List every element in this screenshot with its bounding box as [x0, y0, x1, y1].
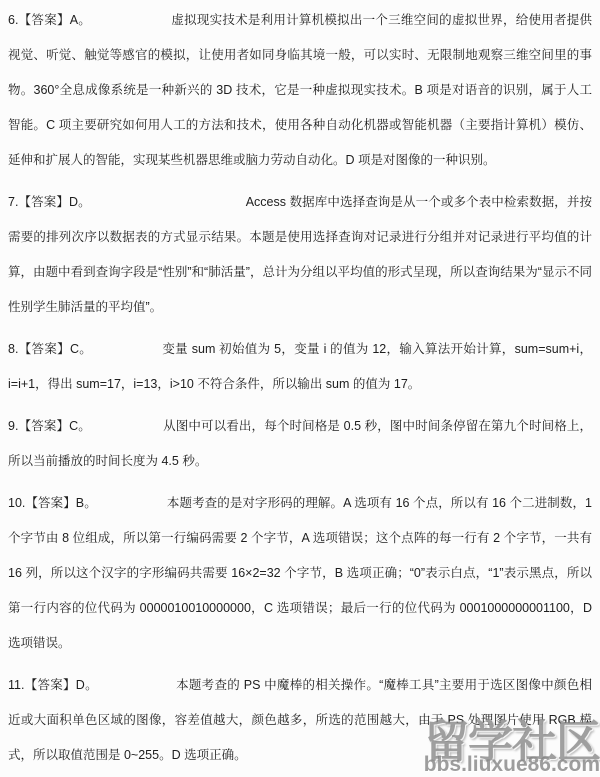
answer-label: 9.【答案】C。	[8, 419, 91, 433]
answer-label: 11.【答案】D。	[8, 678, 98, 692]
spacer	[98, 688, 176, 689]
answer-label: 6.【答案】A。	[8, 13, 91, 27]
spacer	[91, 23, 171, 24]
spacer	[92, 352, 162, 353]
answer-explanation: 变量 sum 初始值为 5，变量 i 的值为 12，输入算法开始计算，sum=s…	[8, 342, 592, 391]
answer-explanation: 本题考查的是对字形码的理解。A 选项有 16 个点，所以有 16 个二进制数，1…	[8, 496, 592, 650]
spacer	[91, 429, 163, 430]
answer-explanation: 虚拟现实技术是利用计算机模拟出一个三维空间的虚拟世界，给使用者提供视觉、听觉、触…	[8, 13, 592, 167]
scanned-answer-document: { "document": { "answers": [ { "label": …	[0, 0, 600, 777]
answer-label: 8.【答案】C。	[8, 342, 92, 356]
answer-item-7: 7.【答案】D。Access 数据库中选择查询是从一个或多个表中检索数据，并按需…	[8, 185, 592, 325]
watermark: 留学社区 bbs.liuxue86.com	[424, 719, 600, 777]
answer-sheet-page: 6.【答案】A。虚拟现实技术是利用计算机模拟出一个三维空间的虚拟世界，给使用者提…	[0, 0, 600, 777]
spacer	[97, 506, 167, 507]
answer-explanation: 从图中可以看出，每个时间格是 0.5 秒，图中时间条停留在第九个时间格上，所以当…	[8, 419, 592, 468]
spacer	[91, 205, 246, 206]
watermark-url-text: bbs.liuxue86.com	[424, 754, 600, 777]
answer-item-6: 6.【答案】A。虚拟现实技术是利用计算机模拟出一个三维空间的虚拟世界，给使用者提…	[8, 3, 592, 178]
answer-item-10: 10.【答案】B。本题考查的是对字形码的理解。A 选项有 16 个点，所以有 1…	[8, 486, 592, 661]
answer-label: 10.【答案】B。	[8, 496, 97, 510]
answer-label: 7.【答案】D。	[8, 195, 91, 209]
answer-item-8: 8.【答案】C。变量 sum 初始值为 5，变量 i 的值为 12，输入算法开始…	[8, 332, 592, 402]
answer-item-9: 9.【答案】C。从图中可以看出，每个时间格是 0.5 秒，图中时间条停留在第九个…	[8, 409, 592, 479]
answer-explanation: Access 数据库中选择查询是从一个或多个表中检索数据，并按需要的排列次序以数…	[8, 195, 592, 314]
